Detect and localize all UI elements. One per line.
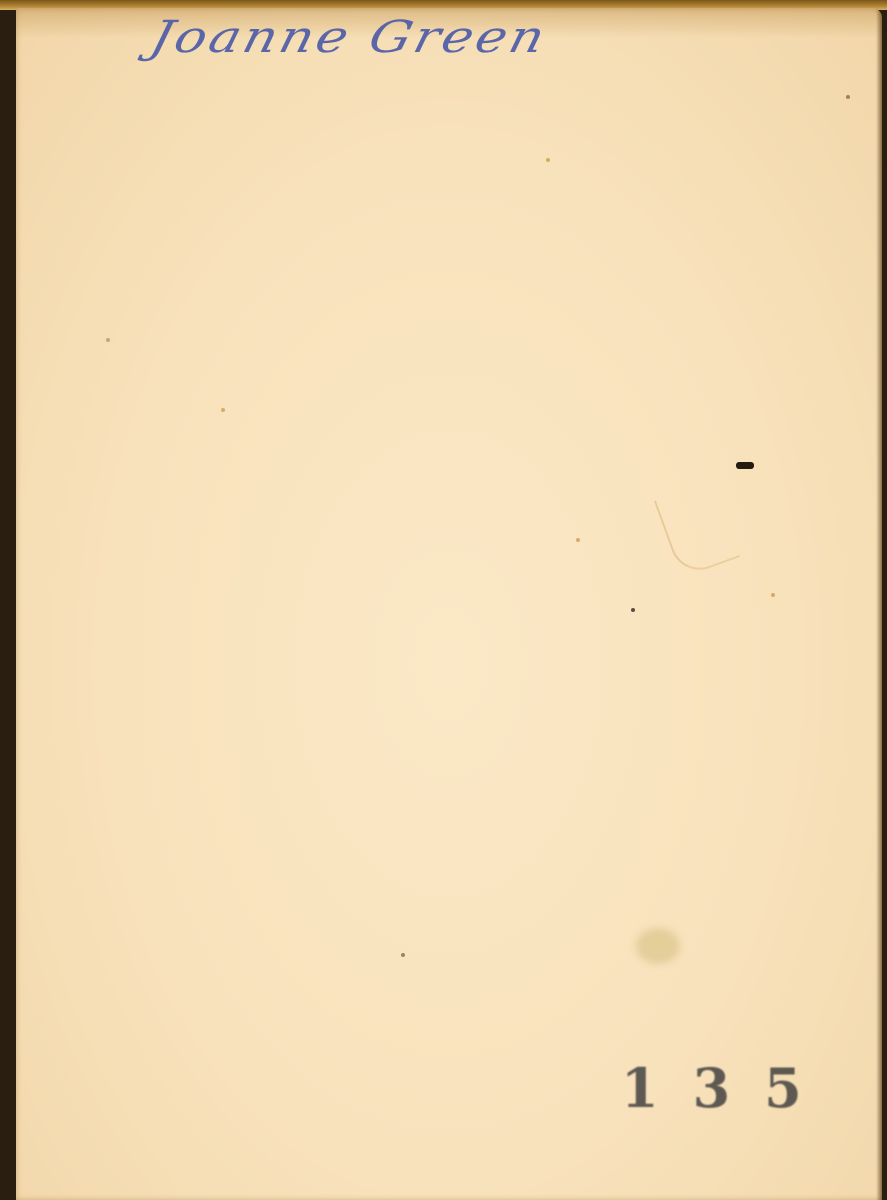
- foxing-spot: [546, 158, 550, 162]
- scanned-page: Joanne Green 135: [0, 0, 887, 1200]
- foxing-spot: [846, 95, 850, 99]
- stamped-page-number: 135: [621, 1056, 836, 1120]
- foxing-spot: [221, 408, 225, 412]
- foxing-spot: [106, 338, 110, 342]
- foxing-spot: [401, 953, 405, 957]
- handwritten-name: Joanne Green: [145, 12, 553, 63]
- ink-mark: [736, 462, 754, 469]
- paper-stain: [636, 928, 680, 964]
- foxing-spot: [771, 593, 775, 597]
- foxing-spot: [576, 538, 580, 542]
- paper-crease: [654, 480, 740, 578]
- right-page-edge: [876, 8, 882, 1200]
- notebook-page: Joanne Green 135: [16, 8, 882, 1200]
- foxing-spot: [631, 608, 635, 612]
